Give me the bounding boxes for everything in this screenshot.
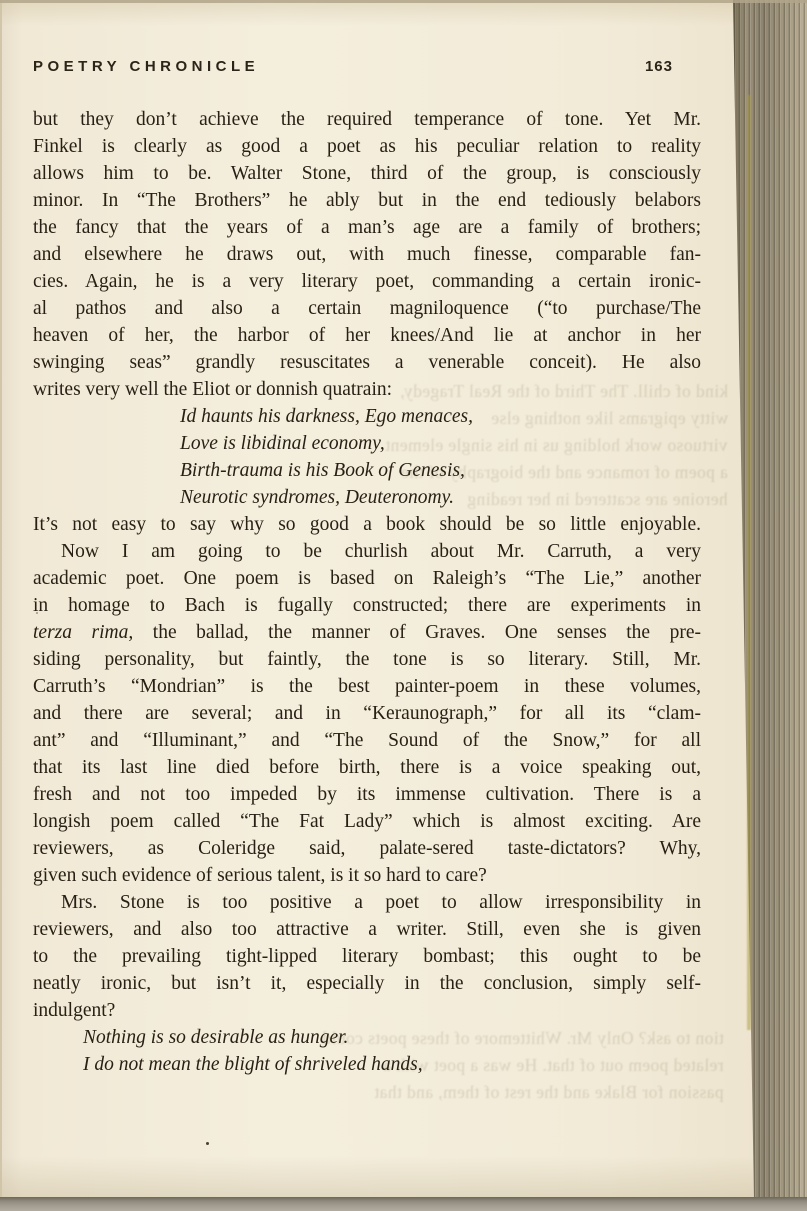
text-line: to the prevailing tight-lipped literary … <box>33 943 701 970</box>
text-line: Love is libidinal economy, <box>33 430 701 457</box>
text-line: Now I am going to be churlish about Mr. … <box>33 538 701 565</box>
text-line: Id haunts his darkness, Ego menaces, <box>33 403 701 430</box>
text-line: that its last line died before birth, th… <box>33 754 701 781</box>
text-line: neatly ironic, but isn’t it, especially … <box>33 970 701 997</box>
text-line: swinging seas” grandly resuscitates a ve… <box>33 349 701 376</box>
text-line: the fancy that the years of a man’s age … <box>33 214 701 241</box>
page-edge-streak <box>747 95 751 1030</box>
text-line: terza rima, the ballad, the manner of Gr… <box>33 619 701 646</box>
text-line: and there are several; and in “Keraunogr… <box>33 700 701 727</box>
text-line: and elsewhere he draws out, with much fi… <box>33 241 701 268</box>
paper-speck <box>206 1142 209 1145</box>
text-line: academic poet. One poem is based on Rale… <box>33 565 701 592</box>
bleed-through-text: passion for Blake and the rest of them, … <box>374 1082 724 1103</box>
text-line: indulgent? <box>33 997 701 1024</box>
text-line: fresh and not too impeded by its immense… <box>33 781 701 808</box>
page-number: 163 <box>645 58 673 75</box>
text-line: given such evidence of serious talent, i… <box>33 862 701 889</box>
text-line: but they don’t achieve the required temp… <box>33 106 701 133</box>
text-line: Mrs. Stone is too positive a poet to all… <box>33 889 701 916</box>
text-line: cies. Again, he is a very literary poet,… <box>33 268 701 295</box>
text-line: minor. In “The Brothers” he ably but in … <box>33 187 701 214</box>
page-body-text: but they don’t achieve the required temp… <box>33 106 701 1078</box>
text-line: Finkel is clearly as good a poet as his … <box>33 133 701 160</box>
text-line: in homage to Bach is fugally constructed… <box>33 592 701 619</box>
text-line: heaven of her, the harbor of her knees/A… <box>33 322 701 349</box>
scan-top-edge <box>0 0 807 3</box>
text-line: Neurotic syndromes, Deuteronomy. <box>33 484 701 511</box>
text-line: siding personality, but faintly, the ton… <box>33 646 701 673</box>
text-line: reviewers, and also too attractive a wri… <box>33 916 701 943</box>
text-line: Nothing is so desirable as hunger. <box>33 1024 701 1051</box>
text-line: Carruth’s “Mondrian” is the best painter… <box>33 673 701 700</box>
running-header: POETRY CHRONICLE 163 <box>33 58 701 75</box>
text-line: longish poem called “The Fat Lady” which… <box>33 808 701 835</box>
paper-speck <box>36 612 38 614</box>
scanned-book-page: kind of chill. The Third of the Real Tra… <box>0 0 807 1211</box>
text-line: ant” and “Illuminant,” and “The Sound of… <box>33 727 701 754</box>
text-line: Birth-trauma is his Book of Genesis, <box>33 457 701 484</box>
text-line: writes very well the Eliot or donnish qu… <box>33 376 701 403</box>
scan-bottom-shadow <box>0 1197 807 1211</box>
text-line: reviewers, as Coleridge said, palate-ser… <box>33 835 701 862</box>
text-line: I do not mean the blight of shriveled ha… <box>33 1051 701 1078</box>
scan-left-edge <box>0 0 2 1211</box>
text-line: allows him to be. Walter Stone, third of… <box>33 160 701 187</box>
text-line: It’s not easy to say why so good a book … <box>33 511 701 538</box>
text-line: al pathos and also a certain magniloquen… <box>33 295 701 322</box>
chapter-title: POETRY CHRONICLE <box>33 58 259 75</box>
